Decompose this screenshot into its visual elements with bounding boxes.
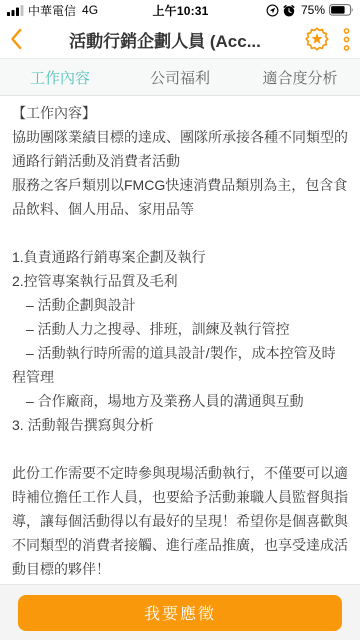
tab-bar: 工作內容 公司福利 適合度分析 — [0, 58, 360, 96]
overflow-menu-button[interactable] — [343, 28, 350, 51]
footer-bar: 我要應徵 — [0, 584, 360, 640]
tab-fit-analysis[interactable]: 適合度分析 — [240, 59, 360, 95]
overflow-menu-icon — [343, 28, 350, 51]
apply-button[interactable]: 我要應徵 — [18, 595, 342, 631]
network-type-label: 4G — [82, 3, 98, 17]
job-description-text: 協助團隊業績目標的達成、團隊所承接各種不同類型的通路行銷活動及消費者活動 服務之… — [12, 125, 348, 581]
location-arrow-icon — [266, 4, 279, 17]
favorite-button[interactable] — [304, 26, 330, 52]
page-title: 活動行銷企劃人員 (Acc... — [44, 27, 286, 52]
section-title: 【工作內容】 — [12, 101, 348, 125]
status-bar-left: 中華電信 4G — [7, 2, 152, 19]
tab-company-benefits[interactable]: 公司福利 — [120, 59, 240, 95]
carrier-label: 中華電信 — [28, 2, 76, 19]
clock-label: 上午10:31 — [152, 2, 208, 19]
alarm-clock-icon — [282, 4, 296, 17]
status-bar: 中華電信 4G 上午10:31 75% — [0, 0, 360, 20]
signal-strength-icon — [7, 5, 24, 16]
back-button[interactable] — [10, 28, 22, 50]
star-badge-icon — [304, 26, 330, 52]
tab-job-description[interactable]: 工作內容 — [0, 59, 120, 95]
battery-icon — [329, 4, 354, 16]
back-chevron-icon — [10, 28, 22, 50]
header: 活動行銷企劃人員 (Acc... — [0, 20, 360, 58]
battery-percent-label: 75% — [301, 3, 325, 17]
job-description-scroll-area[interactable]: 【工作內容】 協助團隊業績目標的達成、團隊所承接各種不同類型的通路行銷活動及消費… — [0, 96, 360, 584]
job-detail-screen: 中華電信 4G 上午10:31 75% — [0, 0, 360, 640]
status-bar-right: 75% — [209, 3, 354, 17]
